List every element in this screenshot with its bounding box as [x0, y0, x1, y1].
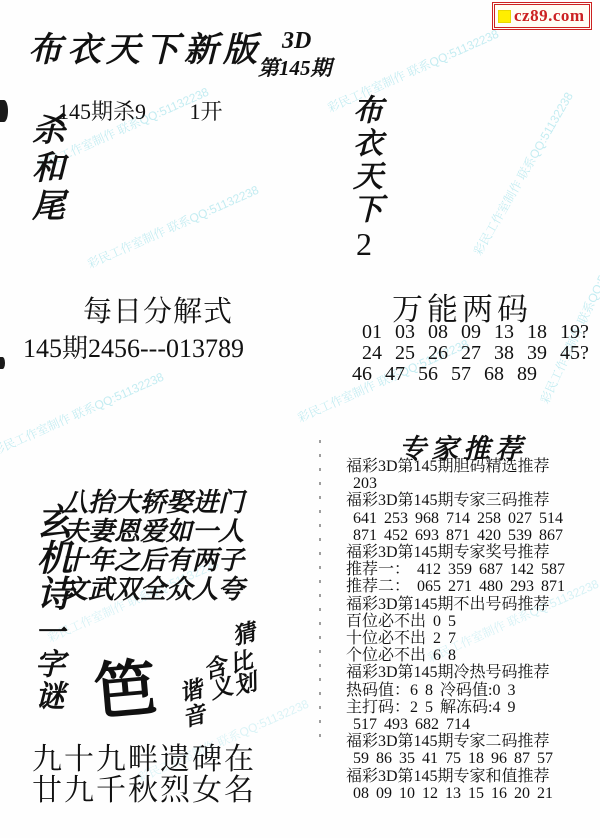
- expert-line: 59 86 35 41 75 18 96 87 57: [346, 750, 565, 767]
- verse-line: 廿九千秋烈女名: [32, 775, 256, 806]
- scan-artifact: [0, 357, 5, 369]
- expert-line: 641 253 968 714 258 027 514: [346, 510, 565, 527]
- lottery-prediction-sheet: 彩民工作室制作 联系QQ:51132238 彩民工作室制作 联系QQ:51132…: [0, 0, 600, 838]
- poem-line: 文武双全众人夸: [62, 575, 244, 604]
- issue-number: 第145期: [258, 52, 332, 82]
- poem-line: 八抬大轿娶进门: [62, 488, 244, 517]
- expert-line: 百位必不出 0 5: [346, 613, 565, 630]
- number-row: 24 25 26 27 38 39 45?: [362, 343, 589, 364]
- sheet-title: 布衣天下新版: [28, 22, 262, 71]
- edition-label: 3D: [282, 28, 311, 55]
- expert-line: 福彩3D第145期不出号码推荐: [346, 596, 565, 613]
- expert-line: 871 452 693 871 420 539 867: [346, 527, 565, 544]
- daily-decomposition-heading: 每日分解式: [83, 289, 233, 330]
- expert-recommendation-lines: 福彩3D第145期胆码精选推荐 203福彩3D第145期专家三码推荐 641 2…: [346, 458, 565, 802]
- number-row: 46 47 56 57 68 89: [352, 364, 589, 385]
- riddle-character: 笆: [90, 637, 160, 731]
- expert-line: 热码值：6 8 冷码值:0 3: [346, 682, 565, 699]
- kill-number: 145期杀9: [58, 99, 146, 124]
- expert-line: 福彩3D第145期胆码精选推荐: [346, 458, 565, 475]
- open-count: 1开: [190, 99, 223, 124]
- kill-line: 145期杀9 1开: [58, 95, 223, 126]
- watermark-text: 彩民工作室制作 联系QQ:51132238: [469, 89, 577, 258]
- brand-vertical-number: 2: [346, 226, 382, 265]
- site-badge[interactable]: cz89.com: [492, 2, 592, 30]
- scan-fold-dots: [319, 440, 321, 740]
- universal-two-codes-rows: 01 03 08 09 13 18 19?24 25 26 27 38 39 4…: [352, 322, 589, 385]
- expert-line: 福彩3D第145期专家和值推荐: [346, 768, 565, 785]
- expert-line: 福彩3D第145期专家三码推荐: [346, 492, 565, 509]
- expert-line: 203: [346, 475, 565, 492]
- watermark-text: 彩民工作室制作 联系QQ:51132238: [85, 181, 262, 272]
- watermark-text: 彩民工作室制作 联系QQ:51132238: [0, 368, 166, 459]
- brand-vertical: 布衣天下2: [342, 94, 386, 265]
- kill-tail-vertical-label: 杀和尾: [22, 112, 69, 226]
- bottom-verse: 九十九畔遗碑在廿九千秋烈女名: [32, 744, 256, 806]
- mystery-poem-lines: 八抬大轿娶进门夫妻恩爱如一人十年之后有两子文武双全众人夸: [62, 488, 244, 604]
- site-badge-text: cz89.com: [514, 6, 585, 26]
- expert-line: 福彩3D第145期专家奖号推荐: [346, 544, 565, 561]
- expert-line: 福彩3D第145期专家二码推荐: [346, 733, 565, 750]
- brand-vertical-text: 布衣天下: [348, 94, 381, 226]
- poem-line: 夫妻恩爱如一人: [62, 517, 244, 546]
- expert-line: 福彩3D第145期冷热号码推荐: [346, 664, 565, 681]
- daily-decomposition-formula: 145期2456---013789: [23, 328, 244, 365]
- expert-line: 517 493 682 714: [346, 716, 565, 733]
- scan-artifact: [0, 100, 8, 122]
- poem-line: 十年之后有两子: [62, 546, 244, 575]
- expert-line: 个位必不出 6 8: [346, 647, 565, 664]
- expert-line: 主打码：2 5 解冻码:4 9: [346, 699, 565, 716]
- yellow-square-icon: [498, 10, 511, 23]
- expert-line: 推荐一： 412 359 687 142 587: [346, 561, 565, 578]
- riddle-label: 一字谜: [24, 616, 68, 712]
- site-badge-inner: cz89.com: [494, 4, 590, 28]
- verse-line: 九十九畔遗碑在: [32, 744, 256, 775]
- number-row: 01 03 08 09 13 18 19?: [362, 322, 589, 343]
- expert-line: 推荐二： 065 271 480 293 871: [346, 578, 565, 595]
- expert-line: 十位必不出 2 7: [346, 630, 565, 647]
- expert-line: 08 09 10 12 13 15 16 20 21: [346, 785, 565, 802]
